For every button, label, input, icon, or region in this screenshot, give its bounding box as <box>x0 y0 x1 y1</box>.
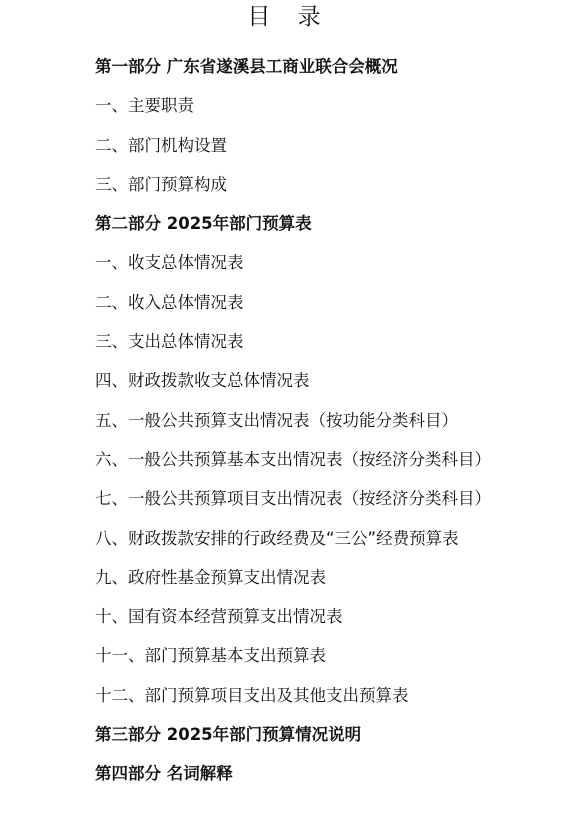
toc-part-4[interactable]: 第四部分 名词解释 <box>95 763 491 802</box>
toc-item[interactable]: 二、部门机构设置 <box>95 135 491 174</box>
toc-item[interactable]: 一、收支总体情况表 <box>95 252 491 291</box>
toc-part-1[interactable]: 第一部分 广东省遂溪县工商业联合会概况 <box>95 56 491 95</box>
toc-item[interactable]: 十二、部门预算项目支出及其他支出预算表 <box>95 685 491 724</box>
toc-item[interactable]: 三、支出总体情况表 <box>95 331 491 370</box>
toc-item[interactable]: 十一、部门预算基本支出预算表 <box>95 645 491 684</box>
toc-part-3[interactable]: 第三部分 2025年部门预算情况说明 <box>95 724 491 763</box>
toc-item[interactable]: 一、主要职责 <box>95 95 491 134</box>
toc-item[interactable]: 四、财政拨款收支总体情况表 <box>95 370 491 409</box>
toc-item[interactable]: 二、收入总体情况表 <box>95 292 491 331</box>
toc-part-2[interactable]: 第二部分 2025年部门预算表 <box>95 213 491 252</box>
toc-item[interactable]: 十、国有资本经营预算支出情况表 <box>95 606 491 645</box>
page-title: 目 录 <box>0 3 570 31</box>
toc-item[interactable]: 九、政府性基金预算支出情况表 <box>95 567 491 606</box>
toc-item[interactable]: 八、财政拨款安排的行政经费及“三公”经费预算表 <box>95 528 491 567</box>
table-of-contents: 第一部分 广东省遂溪县工商业联合会概况 一、主要职责 二、部门机构设置 三、部门… <box>95 56 491 803</box>
toc-item[interactable]: 六、一般公共预算基本支出情况表（按经济分类科目） <box>95 449 491 488</box>
toc-item[interactable]: 七、一般公共预算项目支出情况表（按经济分类科目） <box>95 488 491 527</box>
toc-item[interactable]: 三、部门预算构成 <box>95 174 491 213</box>
toc-item[interactable]: 五、一般公共预算支出情况表（按功能分类科目） <box>95 410 491 449</box>
